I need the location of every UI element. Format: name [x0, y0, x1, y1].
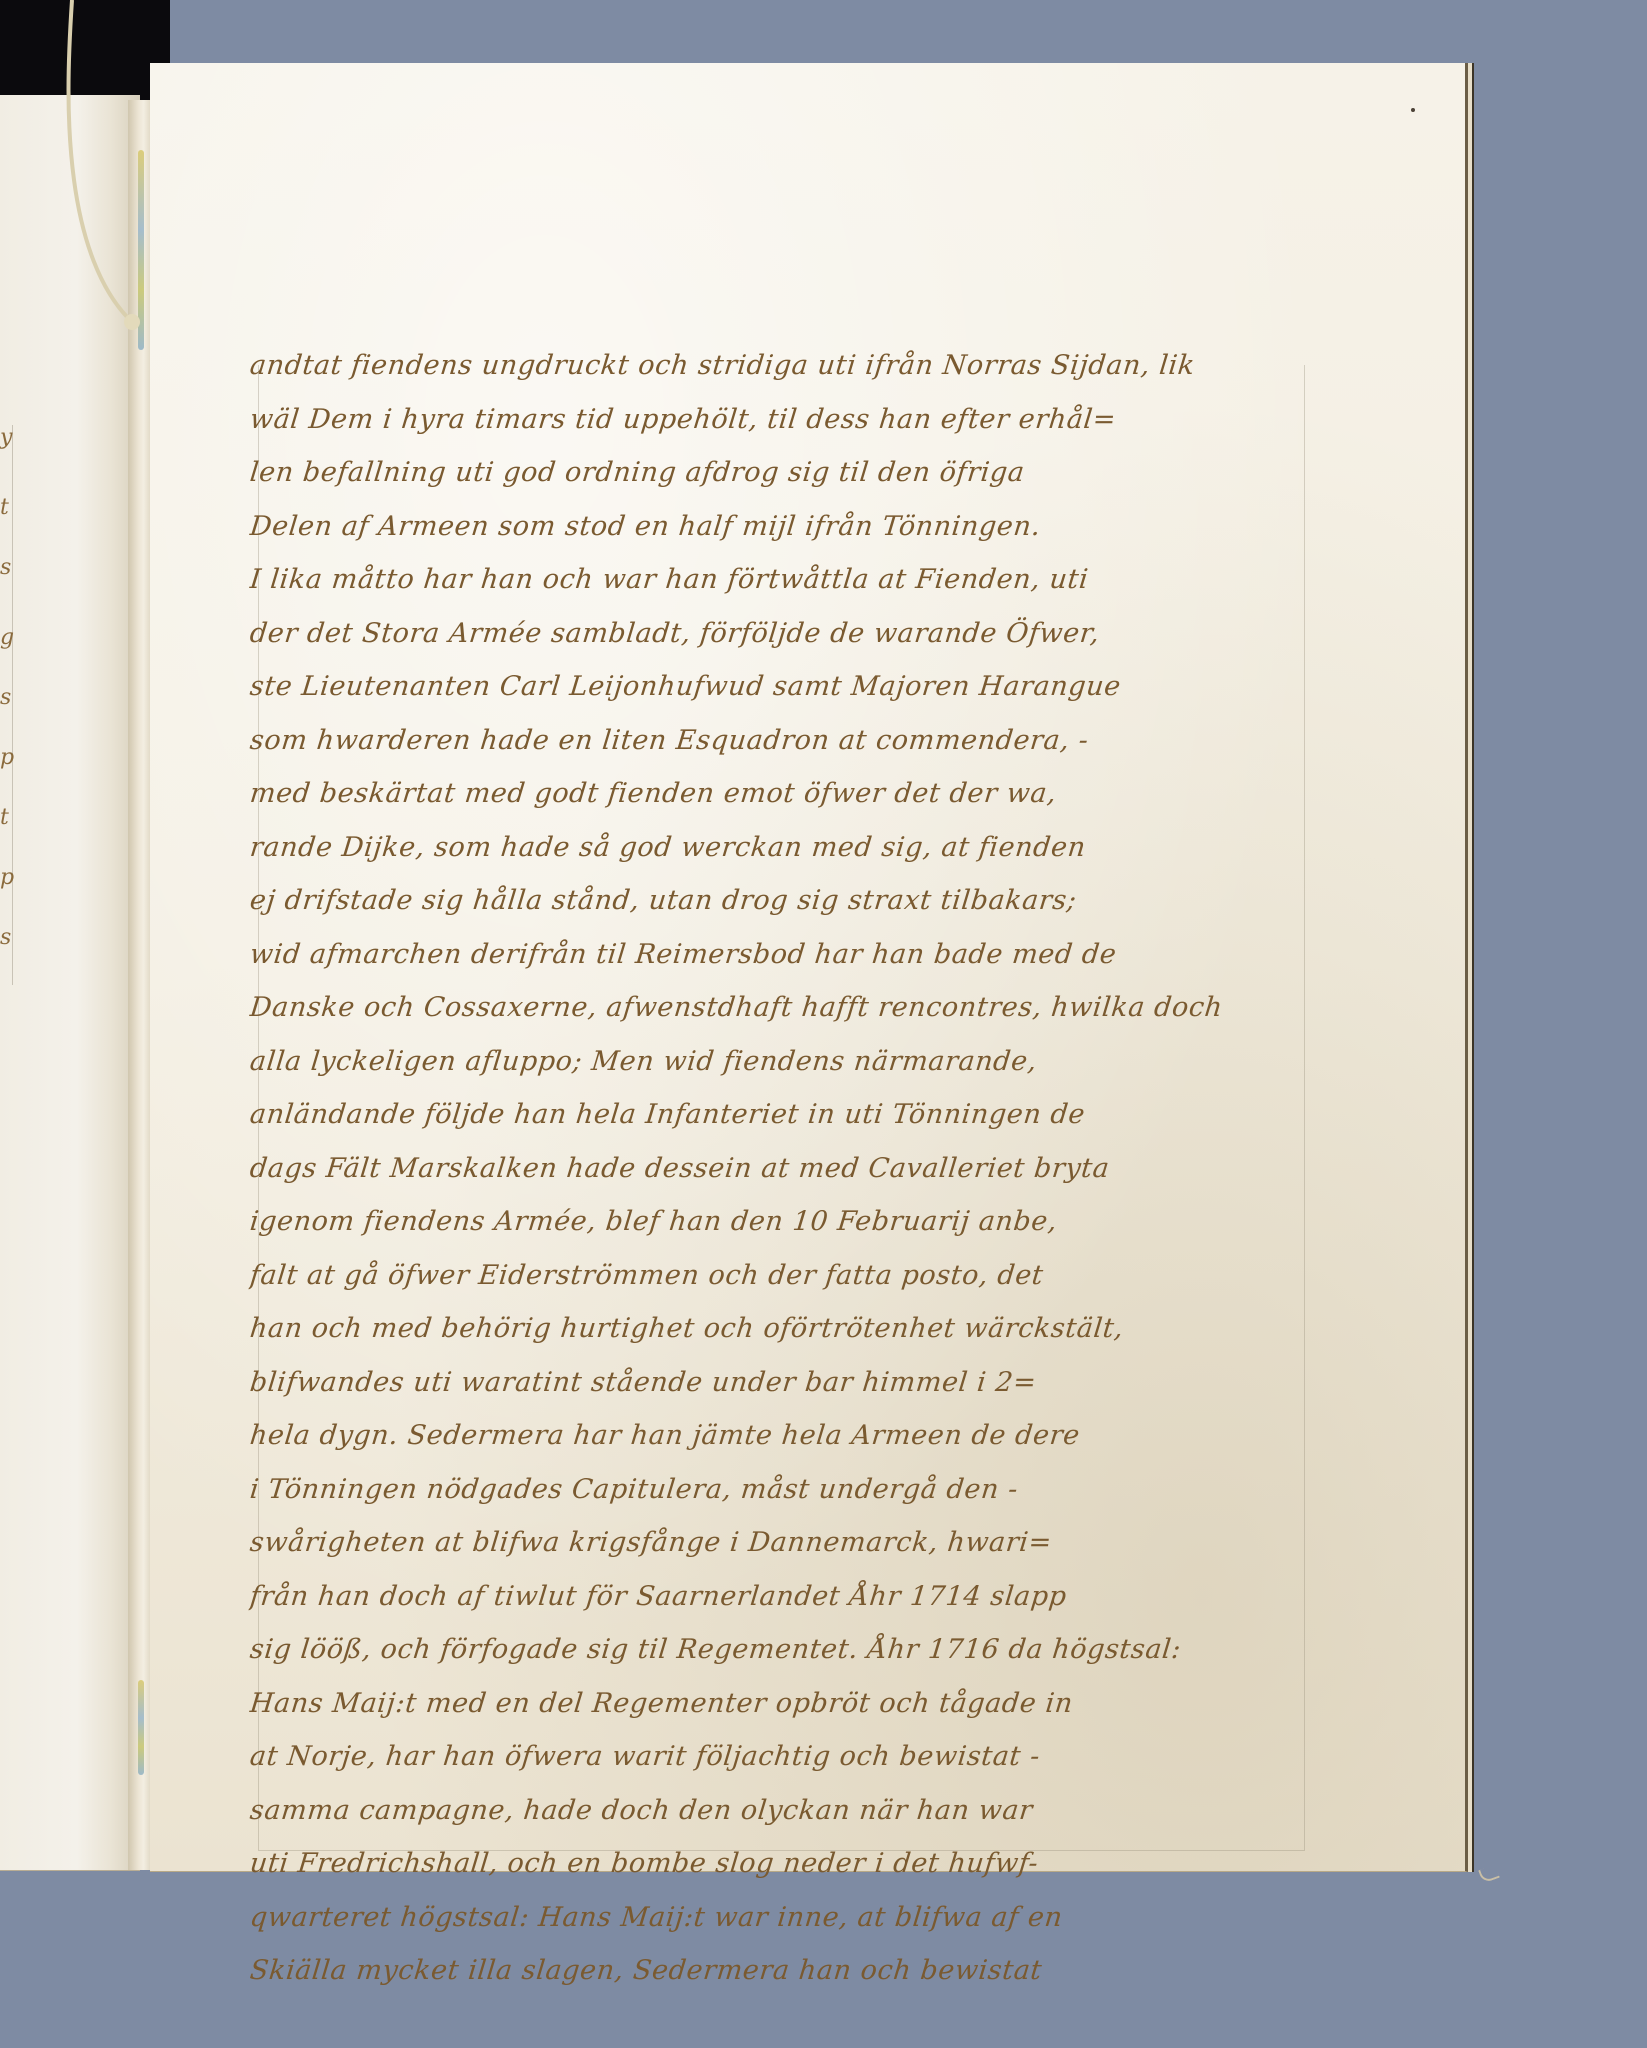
manuscript-line: som hwarderen hade en liten Esquadron at… — [247, 714, 1333, 768]
manuscript-line: at Norje, har han öfwera warit följachti… — [247, 1730, 1333, 1784]
left-fragment: s — [0, 925, 11, 950]
left-fragment: y — [0, 425, 12, 450]
manuscript-line: wid afmarchen derifrån til Reimersbod ha… — [247, 928, 1333, 982]
left-fragment: s — [0, 555, 11, 580]
manuscript-line: swårigheten at blifwa krigsfånge i Danne… — [247, 1516, 1333, 1570]
left-fragment: p — [0, 745, 14, 770]
page-tab-curl — [1478, 1864, 1500, 1883]
left-fragment: t — [0, 495, 9, 520]
left-page: y t s g s p t p s — [0, 95, 140, 1871]
manuscript-line: andtat fiendens ungdruckt och stridiga u… — [247, 339, 1333, 393]
left-fragment: g — [0, 625, 14, 650]
manuscript-line: med beskärtat med godt fienden emot öfwe… — [247, 767, 1333, 821]
manuscript-line: anländande följde han hela Infanteriet i… — [247, 1088, 1333, 1142]
manuscript-line: ej drifstade sig hålla stånd, utan drog … — [247, 874, 1333, 928]
manuscript-line: han och med behörig hurtighet och oförtr… — [247, 1302, 1333, 1356]
manuscript-line: hela dygn. Sedermera har han jämte hela … — [247, 1409, 1333, 1463]
manuscript-line: der det Stora Armée sambladt, förföljde … — [247, 607, 1333, 661]
manuscript-line: dags Fält Marskalken hade dessein at med… — [247, 1142, 1333, 1196]
left-page-text-fragments: y t s g s p t p s — [0, 425, 13, 985]
manuscript-line: len befallning uti god ordning afdrog si… — [247, 446, 1333, 500]
manuscript-line: uti Fredrichshall, och en bombe slog ned… — [247, 1837, 1333, 1891]
manuscript-line: igenom fiendens Armée, blef han den 10 F… — [247, 1195, 1333, 1249]
manuscript-line: Delen af Armeen som stod en half mijl if… — [247, 500, 1333, 554]
manuscript-line: wäl Dem i hyra timars tid uppehölt, til … — [247, 393, 1333, 447]
manuscript-line: Skiälla mycket illa slagen, Sedermera ha… — [247, 1944, 1333, 1998]
manuscript-line: från han doch af tiwlut för Saarnerlande… — [247, 1570, 1333, 1624]
binding-thread-lower — [138, 1680, 144, 1775]
left-fragment: t — [0, 805, 9, 830]
manuscript-line: alla lyckeligen afluppo; Men wid fienden… — [247, 1035, 1333, 1089]
manuscript-line: ste Lieutenanten Carl Leijonhufwud samt … — [247, 660, 1333, 714]
ink-spot — [1411, 108, 1415, 112]
manuscript-line: qwarteret högstsal: Hans Maij:t war inne… — [247, 1891, 1333, 1945]
manuscript-line: I lika måtto har han och war han förtwåt… — [247, 553, 1333, 607]
manuscript-line: samma campagne, hade doch den olyckan nä… — [247, 1784, 1333, 1838]
left-fragment: p — [0, 865, 14, 890]
manuscript-line: Hans Maij:t med en del Regementer opbröt… — [247, 1677, 1333, 1731]
manuscript-line: rande Dijke, som hade så god werckan med… — [247, 821, 1333, 875]
manuscript-line: i Tönningen nödgades Capitulera, måst un… — [247, 1463, 1333, 1517]
loose-string-icon — [60, 0, 150, 340]
manuscript-line: blifwandes uti waratint stående under ba… — [247, 1356, 1333, 1410]
manuscript-line: sig lööß, och förfogade sig til Regement… — [247, 1623, 1333, 1677]
manuscript-text: andtat fiendens ungdruckt och stridiga u… — [250, 339, 1330, 1998]
right-page: andtat fiendens ungdruckt och stridiga u… — [150, 63, 1468, 1872]
manuscript-line: falt at gå öfwer Eiderströmmen och der f… — [247, 1249, 1333, 1303]
left-fragment: s — [0, 685, 11, 710]
manuscript-line: Danske och Cossaxerne, afwenstdhaft haff… — [247, 981, 1333, 1035]
